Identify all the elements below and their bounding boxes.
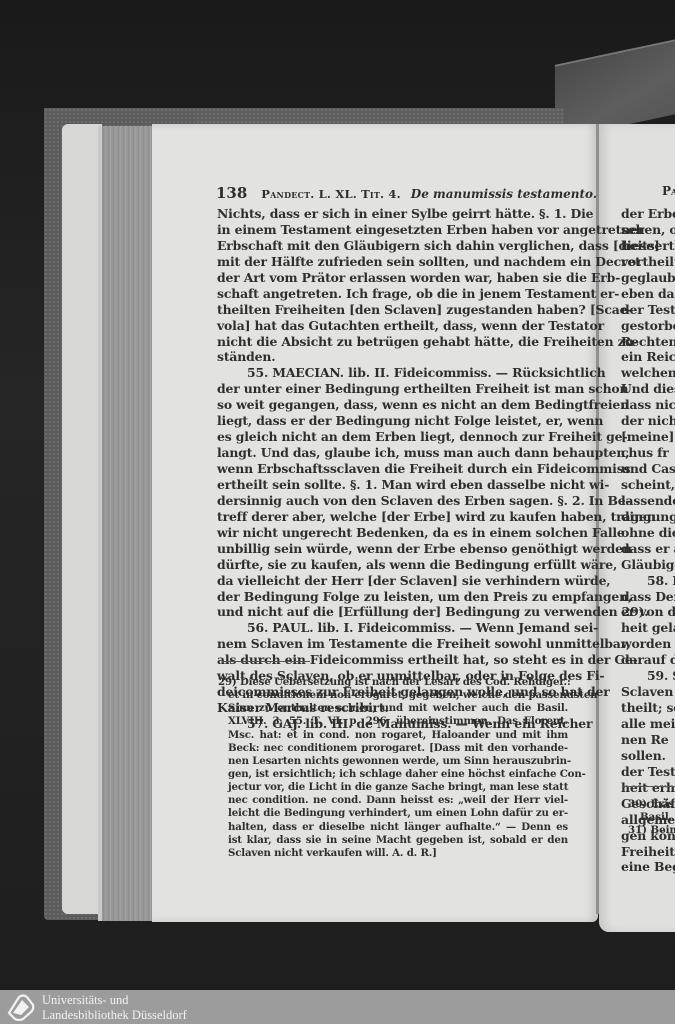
text-line: heit gelan (621, 620, 675, 636)
text-line: ständen. (217, 349, 574, 365)
text-line: vortheilt (621, 254, 675, 270)
text-line: der nicht (621, 413, 675, 429)
footnote-line: gen, ist ersichtlich; ich schlage daher … (228, 768, 568, 781)
text-line: darauf di (621, 652, 675, 668)
footnote-line: halten, dass er dieselbe nicht länger au… (228, 821, 568, 834)
text-line: nicht die Absicht zu betrügen gehabt hät… (217, 334, 574, 350)
library-name-line-1: Universitäts- und (42, 993, 187, 1008)
running-title: Pandect. L. XL. Tit. 4. (261, 187, 401, 201)
footnote-rule (222, 661, 310, 662)
footnote-29: 29) Diese Uebersetzung ist nach der Lesa… (218, 676, 568, 689)
text-line: alle mei (621, 716, 675, 732)
footnotes: 29) Diese Uebersetzung ist nach der Lesa… (228, 676, 568, 860)
text-line: es gleich nicht an dem Erben liegt, denn… (217, 429, 574, 445)
text-line: vola] hat das Gutachten ertheilt, dass, … (217, 318, 574, 334)
section-heading-59: 59. S (621, 668, 675, 684)
text-line: heitserthe (621, 238, 675, 254)
text-line: treff derer aber, welche [der Erbe] wird… (217, 509, 574, 525)
text-line: wenn Erbschaftssclaven die Freiheit durc… (217, 461, 574, 477)
text-line: wir nicht ungerecht Bedenken, da es in e… (217, 525, 574, 541)
text-line-footnote-ref: und nicht auf die [Erfüllung der] Beding… (217, 604, 574, 620)
text-line: theilten Freiheiten [den Sclaven] zugest… (217, 302, 574, 318)
section-heading-55: 55. MAECIAN. lib. II. Fideicommiss. — Rü… (217, 365, 574, 381)
text-line: eben das (621, 286, 675, 302)
footnote-30: 30) Exis (628, 798, 675, 811)
right-running-head: Pa (662, 184, 675, 198)
library-name-line-2: Landesbibliothek Düsseldorf (42, 1008, 187, 1023)
footnote-line: Basil. (628, 811, 675, 824)
text-line: welchen (621, 365, 675, 381)
text-line: lassenden (621, 493, 675, 509)
text-line: Gläubiger (621, 557, 675, 573)
text-line: theilt; so (621, 700, 675, 716)
text-line: langt. Und das, glaube ich, muss man auc… (217, 445, 574, 461)
ulb-book-logo-icon (3, 993, 37, 1021)
section-heading-58: 58. D (621, 573, 675, 589)
running-title-italic: De manumissis testamento. (411, 187, 597, 201)
footnote-line: nen Lesarten nichts gewonnen werde, um S… (228, 755, 568, 768)
text-line: er von de (621, 604, 675, 620)
text-line: gestorben (621, 318, 675, 334)
text-line: der Testa (621, 764, 675, 780)
text-line: so weit gegangen, dass, wenn es nicht an… (217, 397, 574, 413)
text-line: Freiheit (621, 844, 675, 860)
right-footnote-rule (622, 786, 675, 787)
footnote-line: ist klar, dass sie in seine Macht gegebe… (228, 834, 568, 847)
text-line: ein Reich (621, 349, 675, 365)
text-line: der Art vom Prätor erlassen worden war, … (217, 270, 574, 286)
text-line: ertheilt sein sollte. §. 1. Man wird ebe… (217, 477, 574, 493)
text-line: unbillig sein würde, wenn der Erbe ebens… (217, 541, 574, 557)
text-line: der Bedingung Folge zu leisten, um den P… (217, 589, 574, 605)
text-line: heit erhal (621, 780, 675, 796)
text-line: [meine] (621, 429, 675, 445)
text-line: Erbschaft mit den Gläubigern sich dahin … (217, 238, 574, 254)
text-line: und Cas (621, 461, 675, 477)
text-line: dürfte, sie zu kaufen, als wenn die Bedi… (217, 557, 574, 573)
text-line: dersinnig auch von den Sclaven des Erben… (217, 493, 574, 509)
library-name: Universitäts- und Landesbibliothek Düsse… (42, 993, 187, 1022)
text-line: da vielleicht der Herr [der Sclaven] sie… (217, 573, 574, 589)
text-line: ohne die (621, 525, 675, 541)
running-head: 138 Pandect. L. XL. Tit. 4. De manumissi… (216, 184, 594, 204)
text-line: der Erbe (621, 206, 675, 222)
text-line: liegt, dass er der Bedingung nicht Folge… (217, 413, 574, 429)
main-text: Nichts, dass er sich in einer Sylbe geir… (217, 206, 574, 732)
footnote-line: XLVIII. 3. 55. T. VI. p. 296. übereinsti… (228, 715, 568, 728)
text-line: Nichts, dass er sich in einer Sylbe geir… (217, 206, 574, 222)
footnote-line: Sinn zu enthalten schien, und mit welche… (228, 702, 568, 715)
footnote-line: Sclaven nicht verkaufen will. A. d. R.] (228, 847, 568, 860)
footnote-line: Beck: nec conditionem prorogaret. [Dass … (228, 742, 568, 755)
endpaper (62, 124, 102, 914)
text-line: sollen. (621, 748, 675, 764)
text-line: geglaubt (621, 270, 675, 286)
text-line: dass er a (621, 541, 675, 557)
text-line: der Testa (621, 302, 675, 318)
text-line: worden is (621, 636, 675, 652)
text-line: Rechtens (621, 334, 675, 350)
page-number: 138 (216, 184, 247, 202)
footnote-line: jectur vor, die Licht in die ganze Sache… (228, 781, 568, 794)
text-line: dass Derj (621, 589, 675, 605)
page-block-edges (98, 126, 154, 921)
text-line: dingung (621, 509, 675, 525)
text-line: nem Sclaven im Testamente die Freiheit s… (217, 636, 574, 652)
text-line: der unter einer Bedingung ertheilten Fre… (217, 381, 574, 397)
text-line: eine Begle (621, 859, 675, 875)
footnote-line: leicht die Bedingung verhindert, um eine… (228, 807, 568, 820)
text-line: schaft angetreten. Ich frage, ob die in … (217, 286, 574, 302)
footnote-line: nec condition. ne cond. Dann heisst es: … (228, 794, 568, 807)
right-footnotes: 30) Exis Basil. 31) Beim (628, 798, 675, 838)
text-line: mit der Hälfte zufrieden sein sollten, u… (217, 254, 574, 270)
footnote-31: 31) Beim (628, 824, 675, 837)
text-line: scheint, i (621, 477, 675, 493)
text-line: in einem Testament eingesetzten Erben ha… (217, 222, 574, 238)
scan-background: 138 Pandect. L. XL. Tit. 4. De manumissi… (0, 0, 675, 990)
footnote-line: Msc. hat: et in cond. non rogaret, Haloa… (228, 729, 568, 742)
section-heading-56: 56. PAUL. lib. I. Fideicommiss. — Wenn J… (217, 620, 574, 636)
text-line: dass nich (621, 397, 675, 413)
text-line: sehen, ol (621, 222, 675, 238)
text-line: Sclaven u (621, 684, 675, 700)
footnote-line: et in conditionem non erogaret, gegeben,… (228, 689, 568, 702)
text-line: Und dies (621, 381, 675, 397)
right-page-text: der Erbe sehen, ol heitserthe vortheilt … (621, 206, 675, 875)
text-line: nen Re (621, 732, 675, 748)
text-line: chus fr (621, 445, 675, 461)
